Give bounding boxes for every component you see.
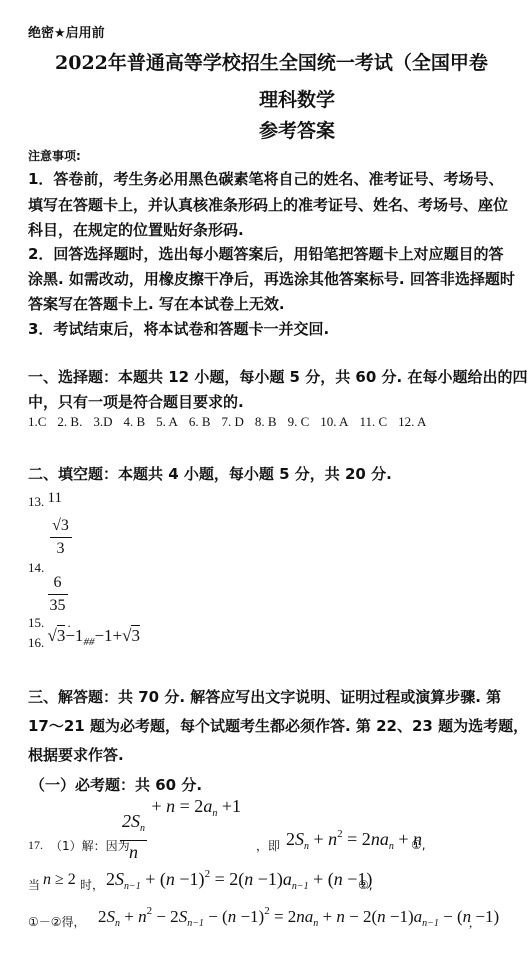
section2-heading: 二、填空题：本题共 4 小题，每小题 5 分，共 20 分. — [28, 463, 392, 484]
q17-line-1: 17. （1）解：因为 2Sn n + n = 2an +1 ，即 2Sn + … — [28, 810, 528, 860]
notice-line: 3．考试结束后，将本试卷和答题卡一并交回. — [28, 318, 329, 339]
notice-line: 填写在答题卡上，并认真核准条形码上的准考证号、姓名、考场号、座位 — [28, 194, 508, 215]
section3-heading-cont: 根据要求作答. — [28, 744, 124, 765]
equation-marker: ①, — [411, 838, 426, 852]
condition-text: 时， — [80, 876, 104, 893]
fill-answer-15: 15. 6 35 . — [28, 572, 71, 617]
section3-heading-cont: 17～21 题为必考题，每个试题考生都必须作答. 第 22、23 题为选考题， — [28, 715, 528, 736]
subtraction-text: ①－②得， — [28, 913, 86, 930]
sqrt-symbol: √ — [48, 626, 57, 645]
notice-line: 1．答卷前，考生务必用黑色碳素笔将自己的姓名、准考证号、考场号、 — [28, 168, 503, 189]
fill-answer-16: 16. √3−1##−1+√3 — [28, 626, 140, 648]
equation: 2Sn n + n = 2an +1 — [120, 810, 241, 863]
punctuation: , — [469, 915, 472, 931]
answer-item: 9. C — [288, 414, 310, 430]
section3-heading: 三、解答题：共 70 分. 解答应写出文字说明、证明过程或演算步骤. 第 — [28, 686, 501, 707]
subject-title: 理科数学 — [259, 85, 335, 112]
required-subheading: （一）必考题：共 60 分. — [30, 774, 202, 795]
notice-line: 涂黑. 如需改动，用橡皮擦干净后，再选涂其他答案标号. 回答非选择题时 — [28, 268, 515, 289]
fill-answer-13: 13. 11 — [28, 490, 62, 511]
answer-item: 11. C — [359, 414, 387, 430]
classification-label: 绝密★启用前 — [28, 22, 105, 41]
answer-item: 2. B. — [57, 414, 82, 430]
section1-heading-cont: 中，只有一项是符合题目要求的. — [28, 391, 244, 412]
fraction: √3 3 — [50, 515, 72, 560]
equation-1: 2Sn + n2 = 2nan + n — [286, 828, 422, 852]
connector-text: ，即 — [256, 837, 280, 854]
doc-type-title: 参考答案 — [259, 116, 335, 143]
notice-line: 答案写在答题卡上. 写在本试卷上无效. — [28, 293, 285, 314]
condition-text: 当 — [28, 876, 40, 893]
section1-heading: 一、选择题：本题共 12 小题，每小题 5 分，共 60 分. 在每小题给出的四 — [28, 366, 527, 387]
condition: n ≥ 2 — [43, 871, 76, 889]
notice-line: 2．回答选择题时，选出每小题答案后，用铅笔把答题卡上对应题目的答 — [28, 243, 503, 264]
answer-item: 10. A — [320, 414, 348, 430]
q17-line-3: ①－②得， 2Sn + n2 − 2Sn−1 − (n −1)2 = 2nan … — [28, 905, 528, 935]
fraction: 6 35 — [48, 572, 68, 617]
answer-item: 6. B — [189, 414, 211, 430]
answer-item: 1.C — [28, 414, 46, 430]
equation-marker: ②, — [358, 878, 373, 892]
notice-line: 科目，在规定的位置贴好条形码. — [28, 219, 244, 240]
choice-answers: 1.C 2. B. 3.D 4. B 5. A 6. B 7. D 8. B 9… — [28, 414, 426, 430]
answer-item: 3.D — [93, 414, 112, 430]
sqrt-symbol: √ — [52, 517, 61, 534]
answer-item: 12. A — [398, 414, 426, 430]
solution-label: （1）解：因为 — [50, 837, 130, 854]
answer-item: 5. A — [156, 414, 178, 430]
answer-item: 4. B — [123, 414, 145, 430]
q17-line-2: 当 n ≥ 2 时， 2Sn−1 + (n −1)2 = 2(n −1)an−1… — [28, 868, 528, 898]
question-number: 17. — [28, 838, 43, 853]
equation-2: 2Sn−1 + (n −1)2 = 2(n −1)an−1 + (n −1) — [106, 868, 372, 892]
notice-heading: 注意事项: — [28, 147, 81, 164]
answer-item: 8. B — [255, 414, 277, 430]
exam-title: 2022年普通高等学校招生全国统一考试（全国甲卷 — [55, 48, 488, 75]
equation-3: 2Sn + n2 − 2Sn−1 − (n −1)2 = 2nan + n − … — [98, 905, 499, 929]
fill-answer-14: 14. √3 3 — [28, 515, 70, 560]
answer-item: 7. D — [222, 414, 244, 430]
